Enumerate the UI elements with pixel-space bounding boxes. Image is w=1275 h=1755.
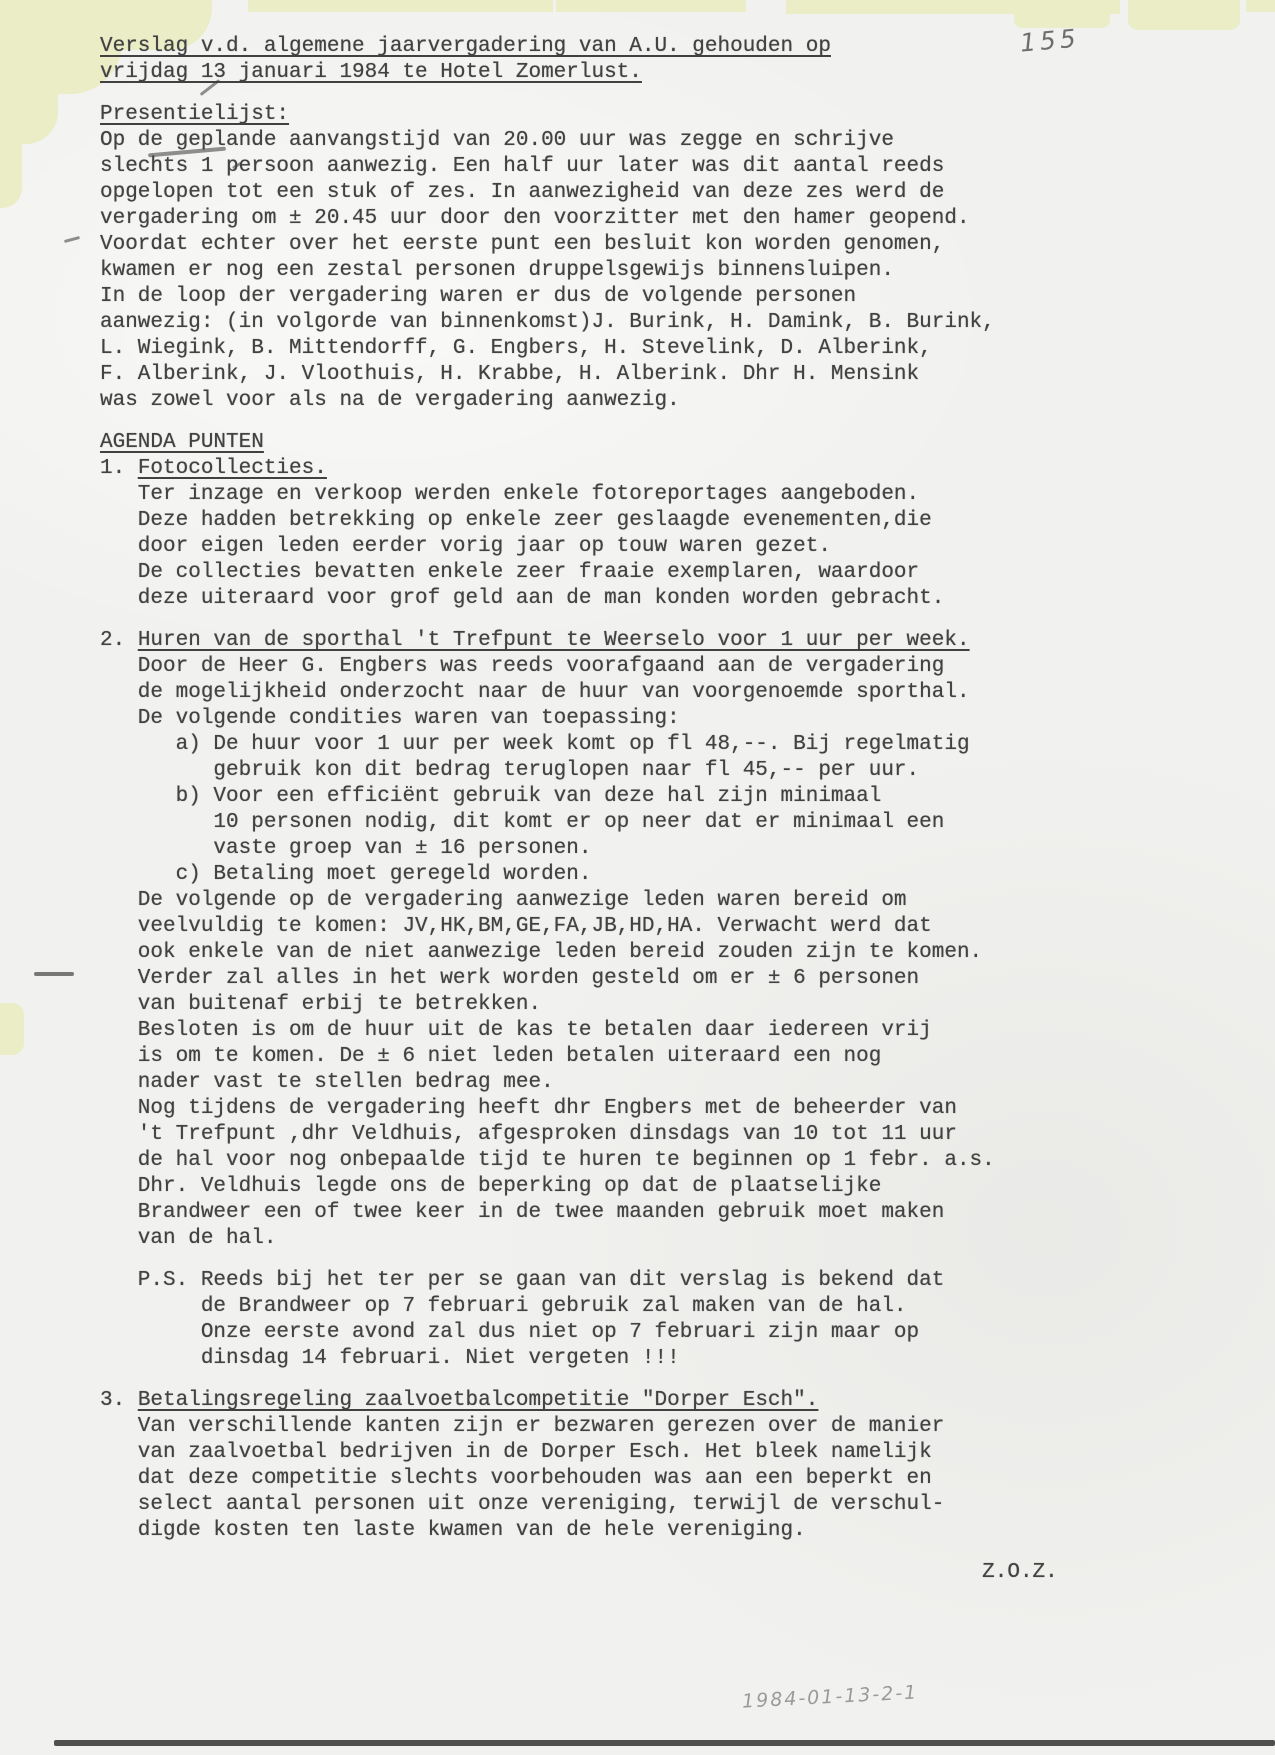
text-line: Van verschillende kanten zijn er bezware… [100,1414,1255,1440]
underlined-text: Fotocollecties. [138,457,327,480]
text-line: Op de geplande aanvangstijd van 20.00 uu… [100,128,1255,154]
text-line [100,1372,1255,1388]
typed-text: veelvuldig te komen: JV,HK,BM,GE,FA,JB,H… [100,915,932,938]
typed-text: de Brandweer op 7 februari gebruik zal m… [100,1295,907,1318]
underlined-text: Presentielijst: [100,103,289,126]
typed-text: c) Betaling moet geregeld worden. [100,863,591,886]
text-line: De volgende condities waren van toepassi… [100,706,1255,732]
typed-text: Op de geplande aanvangstijd van 20.00 uu… [100,129,894,152]
text-line: Door de Heer G. Engbers was reeds vooraf… [100,654,1255,680]
text-line: De volgende op de vergadering aanwezige … [100,888,1255,914]
underlined-text: Huren van de sporthal 't Trefpunt te Wee… [138,629,970,652]
typed-text: is om te komen. De ± 6 niet leden betale… [100,1045,881,1068]
typed-text: door eigen leden eerder vorig jaar op to… [100,535,831,558]
typed-text: De volgende condities waren van toepassi… [100,707,680,730]
typed-text: 1. [100,457,138,480]
text-line: vergadering om ± 20.45 uur door den voor… [100,206,1255,232]
handwritten-page-number: 155 [1019,23,1081,57]
pencil-mark [34,972,74,976]
typed-text: deze uiteraard voor grof geld aan de man… [100,587,944,610]
text-line: AGENDA PUNTEN [100,430,1255,456]
typed-text: de mogelijkheid onderzocht naar de huur … [100,681,970,704]
text-line: de Brandweer op 7 februari gebruik zal m… [100,1294,1255,1320]
paper-edge-top-strip [1128,0,1240,30]
typed-text: select aantal personen uit onze verenigi… [100,1493,944,1516]
text-line [100,612,1255,628]
typed-text: 3. [100,1389,138,1412]
text-line: b) Voor een efficiënt gebruik van deze h… [100,784,1255,810]
text-line: Voordat echter over het eerste punt een … [100,232,1255,258]
paper-edge-top-strip [248,0,553,12]
text-line: De collecties bevatten enkele zeer fraai… [100,560,1255,586]
typed-text: Dhr. Veldhuis legde ons de beperking op … [100,1175,881,1198]
typed-text: In de loop der vergadering waren er dus … [100,285,856,308]
typed-text: De collecties bevatten enkele zeer fraai… [100,561,919,584]
typed-text: Ter inzage en verkoop werden enkele foto… [100,483,919,506]
typed-text: De volgende op de vergadering aanwezige … [100,889,907,912]
text-line: de hal voor nog onbepaalde tijd te huren… [100,1148,1255,1174]
scan-edge-line [54,1740,1275,1746]
text-line: van buitenaf erbij te betrekken. [100,992,1255,1018]
typed-text: opgelopen tot een stuk of zes. In aanwez… [100,181,944,204]
text-line: 3. Betalingsregeling zaalvoetbalcompetit… [100,1388,1255,1414]
typed-text: Z.O.Z. [100,1561,1058,1584]
typed-text: 't Trefpunt ,dhr Veldhuis, afgesproken d… [100,1123,957,1146]
paper-edge-corner [0,136,22,208]
text-line: slechts 1 persoon aanwezig. Een half uur… [100,154,1255,180]
typed-text: dinsdag 14 februari. Niet vergeten !!! [100,1347,680,1370]
text-line: nader vast te stellen bedrag mee. [100,1070,1255,1096]
typed-text: L. Wiegink, B. Mittendorff, G. Engbers, … [100,337,932,360]
text-line [100,1252,1255,1268]
typed-text: vaste groep van ± 16 personen. [100,837,591,860]
typed-text: Voordat echter over het eerste punt een … [100,233,944,256]
text-line [100,414,1255,430]
text-line: is om te komen. De ± 6 niet leden betale… [100,1044,1255,1070]
typed-text: was zowel voor als na de vergadering aan… [100,389,680,412]
underlined-text: AGENDA PUNTEN [100,431,264,454]
underlined-text: Verslag v.d. algemene jaarvergadering va… [100,35,831,58]
typed-text: Brandweer een of twee keer in de twee ma… [100,1201,944,1224]
text-line: ook enkele van de niet aanwezige leden b… [100,940,1255,966]
typed-text: vergadering om ± 20.45 uur door den voor… [100,207,970,230]
text-line: Verder zal alles in het werk worden gest… [100,966,1255,992]
text-line: door eigen leden eerder vorig jaar op to… [100,534,1255,560]
typed-text: Onze eerste avond zal dus niet op 7 febr… [100,1321,919,1344]
text-line: veelvuldig te komen: JV,HK,BM,GE,FA,JB,H… [100,914,1255,940]
typed-text: a) De huur voor 1 uur per week komt op f… [100,733,970,756]
text-line: Deze hadden betrekking op enkele zeer ge… [100,508,1255,534]
paper-edge-left-patch [0,1003,24,1055]
text-line: Ter inzage en verkoop werden enkele foto… [100,482,1255,508]
text-line: Nog tijdens de vergadering heeft dhr Eng… [100,1096,1255,1122]
text-line: 't Trefpunt ,dhr Veldhuis, afgesproken d… [100,1122,1255,1148]
text-line: digde kosten ten laste kwamen van de hel… [100,1518,1255,1544]
typed-text: Besloten is om de huur uit de kas te bet… [100,1019,932,1042]
text-line: vaste groep van ± 16 personen. [100,836,1255,862]
underlined-text: vrijdag 13 januari 1984 te Hotel Zomerlu… [100,61,642,84]
text-line: vrijdag 13 januari 1984 te Hotel Zomerlu… [100,60,1255,86]
typed-text: slechts 1 persoon aanwezig. Een half uur… [100,155,944,178]
text-line: dinsdag 14 februari. Niet vergeten !!! [100,1346,1255,1372]
typed-text: gebruik kon dit bedrag teruglopen naar f… [100,759,919,782]
typed-text: dat deze competitie slechts voorbehouden… [100,1467,932,1490]
typed-text: 2. [100,629,138,652]
typed-text: Door de Heer G. Engbers was reeds vooraf… [100,655,944,678]
text-line: select aantal personen uit onze verenigi… [100,1492,1255,1518]
text-line: was zowel voor als na de vergadering aan… [100,388,1255,414]
text-line: Dhr. Veldhuis legde ons de beperking op … [100,1174,1255,1200]
text-line: 2. Huren van de sporthal 't Trefpunt te … [100,628,1255,654]
typed-text: ook enkele van de niet aanwezige leden b… [100,941,982,964]
text-line: dat deze competitie slechts voorbehouden… [100,1466,1255,1492]
typed-text: 10 personen nodig, dit komt er op neer d… [100,811,944,834]
text-line: Besloten is om de huur uit de kas te bet… [100,1018,1255,1044]
paper-edge-top-strip [1246,0,1275,12]
typed-text: Nog tijdens de vergadering heeft dhr Eng… [100,1097,957,1120]
text-line: 10 personen nodig, dit komt er op neer d… [100,810,1255,836]
text-line: c) Betaling moet geregeld worden. [100,862,1255,888]
text-line: Brandweer een of twee keer in de twee ma… [100,1200,1255,1226]
text-line: van de hal. [100,1226,1255,1252]
text-line: Z.O.Z. [100,1560,1255,1586]
typed-text: Verder zal alles in het werk worden gest… [100,967,919,990]
typed-text: Van verschillende kanten zijn er bezware… [100,1415,944,1438]
text-line: P.S. Reeds bij het ter per se gaan van d… [100,1268,1255,1294]
text-line: van zaalvoetbal bedrijven in de Dorper E… [100,1440,1255,1466]
text-line: Verslag v.d. algemene jaarvergadering va… [100,34,1255,60]
text-line: gebruik kon dit bedrag teruglopen naar f… [100,758,1255,784]
typed-text: F. Alberink, J. Vloothuis, H. Krabbe, H.… [100,363,919,386]
text-line: deze uiteraard voor grof geld aan de man… [100,586,1255,612]
text-line: a) De huur voor 1 uur per week komt op f… [100,732,1255,758]
text-line: de mogelijkheid onderzocht naar de huur … [100,680,1255,706]
text-line: F. Alberink, J. Vloothuis, H. Krabbe, H.… [100,362,1255,388]
underlined-text: Betalingsregeling zaalvoetbalcompetitie … [138,1389,819,1412]
paper-edge-top-strip [556,0,746,12]
text-line: In de loop der vergadering waren er dus … [100,284,1255,310]
document-body: Verslag v.d. algemene jaarvergadering va… [100,34,1255,1586]
typed-text: van buitenaf erbij te betrekken. [100,993,541,1016]
typed-text: de hal voor nog onbepaalde tijd te huren… [100,1149,995,1172]
typed-text: van zaalvoetbal bedrijven in de Dorper E… [100,1441,932,1464]
text-line: opgelopen tot een stuk of zes. In aanwez… [100,180,1255,206]
text-line [100,1544,1255,1560]
typed-text: aanwezig: (in volgorde van binnenkomst)J… [100,311,995,334]
typed-text: van de hal. [100,1227,276,1250]
text-line: aanwezig: (in volgorde van binnenkomst)J… [100,310,1255,336]
typed-text: kwamen er nog een zestal personen druppe… [100,259,894,282]
text-line: 1. Fotocollecties. [100,456,1255,482]
text-line: L. Wiegink, B. Mittendorff, G. Engbers, … [100,336,1255,362]
typed-text: digde kosten ten laste kwamen van de hel… [100,1519,806,1542]
typed-text: Deze hadden betrekking op enkele zeer ge… [100,509,932,532]
text-line [100,86,1255,102]
typed-text: b) Voor een efficiënt gebruik van deze h… [100,785,881,808]
text-line: Presentielijst: [100,102,1255,128]
typed-text: nader vast te stellen bedrag mee. [100,1071,554,1094]
typed-text: P.S. Reeds bij het ter per se gaan van d… [100,1269,944,1292]
text-line: kwamen er nog een zestal personen druppe… [100,258,1255,284]
text-line: Onze eerste avond zal dus niet op 7 febr… [100,1320,1255,1346]
